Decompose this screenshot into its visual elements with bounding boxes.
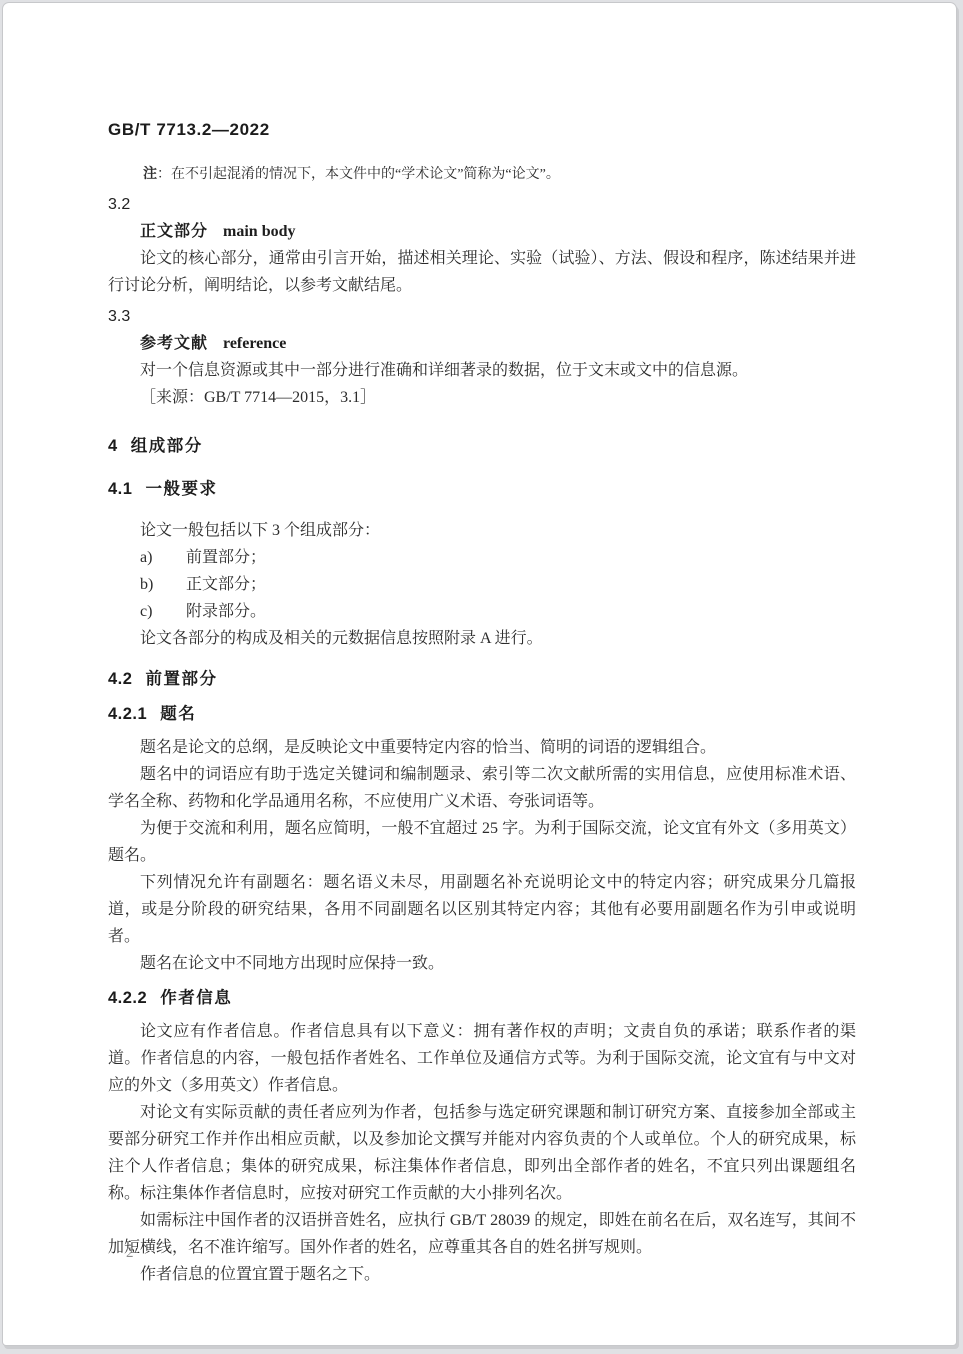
paragraph: 题名在论文中不同地方出现时应保持一致。 [108,950,856,977]
clause-heading-4-2-2: 4.2.2作者信息 [108,985,856,1012]
term-definition-3-3: 对一个信息资源或其中一部分进行准确和详细著录的数据，位于文末或文中的信息源。 [108,357,856,384]
note-text: ：在不引起混淆的情况下，本文件中的“学术论文”简称为“论文”。 [157,167,560,182]
term-number-3-2: 3.2 [108,191,856,218]
clause-title: 一般要求 [145,480,217,498]
term-number-3-3: 3.3 [108,303,856,330]
clause-heading-4-1: 4.1一般要求 [108,476,856,503]
paragraph: 为便于交流和利用，题名应简明，一般不宜超过 25 字。为利于国际交流，论文宜有外… [108,815,856,869]
clause-heading-4-2-1: 4.2.1题名 [108,701,856,728]
list-item-b: b)正文部分； [108,571,856,598]
paragraph: 题名是论文的总纲，是反映论文中重要特定内容的恰当、简明的词语的逻辑组合。 [108,734,856,761]
paragraph: 题名中的词语应有助于选定关键词和编制题录、索引等二次文献所需的实用信息，应使用标… [108,761,856,815]
clause-number: 4 [108,437,118,455]
note-line: 注：在不引起混淆的情况下，本文件中的“学术论文”简称为“论文”。 [108,161,856,187]
clause-number: 4.2 [108,670,132,688]
term-zh: 参考文献 [140,335,208,352]
clause-title: 作者信息 [160,989,232,1007]
term-zh: 正文部分 [140,223,208,240]
doc-code-header: GB/T 7713.2—2022 [108,118,856,142]
note-label: 注 [143,165,157,181]
clause-number: 4.1 [108,480,132,498]
term-en: reference [223,335,286,352]
page-number: 2 [126,1243,134,1263]
list-item-text: 前置部分； [186,549,266,566]
paragraph: 论文一般包括以下 3 个组成部分： [108,517,856,544]
paragraph: 论文应有作者信息。作者信息具有以下意义：拥有著作权的声明；文责自负的承诺；联系作… [108,1018,856,1099]
clause-title: 组成部分 [131,437,203,455]
paragraph: 对论文有实际贡献的责任者应列为作者，包括参与选定研究课题和制订研究方案、直接参加… [108,1099,856,1207]
clause-title: 前置部分 [145,670,217,688]
paragraph: 论文各部分的构成及相关的元数据信息按照附录 A 进行。 [108,625,856,652]
list-marker: b) [140,571,186,598]
paragraph: 作者信息的位置宜置于题名之下。 [108,1261,856,1288]
clause-heading-4: 4组成部分 [108,433,856,460]
clause-title: 题名 [160,705,196,723]
clause-number: 4.2.2 [108,989,147,1007]
clause-heading-4-2: 4.2前置部分 [108,666,856,693]
term-en: main body [223,223,295,240]
paragraph: 如需标注中国作者的汉语拼音姓名，应执行 GB/T 28039 的规定，即姓在前名… [108,1207,856,1261]
term-entry-3-3: 参考文献reference [108,330,856,357]
list-item-c: c)附录部分。 [108,598,856,625]
list-item-a: a)前置部分； [108,544,856,571]
term-entry-3-2: 正文部分main body [108,218,856,245]
list-item-text: 附录部分。 [186,603,266,620]
list-item-text: 正文部分； [186,576,266,593]
document-page: GB/T 7713.2—2022 注：在不引起混淆的情况下，本文件中的“学术论文… [2,2,957,1346]
paragraph: 下列情况允许有副题名：题名语义未尽，用副题名补充说明论文中的特定内容；研究成果分… [108,869,856,950]
list-marker: a) [140,544,186,571]
term-source-3-3: ［来源：GB/T 7714—2015，3.1］ [108,384,856,411]
term-definition-3-2: 论文的核心部分，通常由引言开始，描述相关理论、实验（试验）、方法、假设和程序，陈… [108,245,856,299]
list-marker: c) [140,598,186,625]
clause-number: 4.2.1 [108,705,147,723]
